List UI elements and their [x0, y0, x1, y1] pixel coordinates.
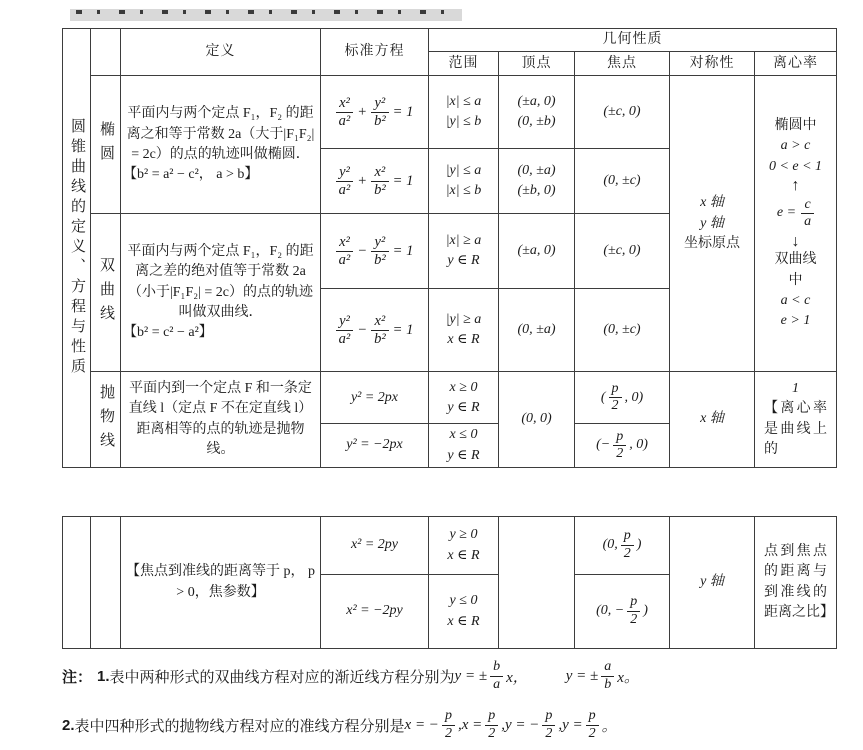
parabola-focus4-cell: (0, − p2 ) — [575, 575, 670, 649]
parabola-continuation-table: 【焦点到准线的距离等于 p， p > 0，焦参数】 x² = 2py y ≥ 0… — [62, 516, 837, 649]
curve-name-hyperbola: 双曲线 — [98, 257, 113, 329]
ellipse-range1-cell: |x| ≤ a |y| ≤ b — [429, 76, 499, 149]
arrow-down-icon: ↓ — [757, 233, 834, 251]
footnote-1-text: 表中两种形式的双曲线方程对应的渐近线方程分别为 — [110, 666, 455, 687]
header-focus: 焦点 — [575, 52, 670, 76]
parabola-eccentricity-note: 【离心率是曲线上的 — [757, 399, 834, 460]
parabola-vertex-cell: (0, 0) — [499, 372, 575, 468]
ellipse-range2-cell: |y| ≤ a |x| ≤ b — [429, 149, 499, 214]
scanned-document-page: 圆锥曲线的定义、方程与性质 定义 标准方程 几何性质 范围 顶点 焦点 对称性 … — [0, 0, 863, 750]
spacer-side-cell — [63, 517, 91, 649]
parabola-eq3-cell: x² = 2py — [321, 517, 429, 575]
ellipse-focus2-cell: (0, ±c) — [575, 149, 670, 214]
hyperbola-definition-text: 平面内与两个定点 F₁，F₂ 的距离之差的绝对值等于常数 2a（小于|F₁F₂|… — [123, 242, 318, 323]
footnote-label: 注： — [62, 666, 92, 687]
asymptote-eq-1: y = ± ba x， — [455, 659, 528, 693]
ellipse-focus1-cell: (±c, 0) — [575, 76, 670, 149]
parabola-range4-cell: y ≤ 0 x ∈ R — [429, 575, 499, 649]
header-eccentricity: 离心率 — [755, 52, 837, 76]
ellipse-definition-cell: 平面内与两个定点 F₁，F₂ 的距离之和等于常数 2a（大于|F₁F₂| = 2… — [121, 76, 321, 214]
eccentricity-formula: e = ca — [777, 197, 814, 231]
parabola-eccentricity-cell: 1 【离心率是曲线上的 — [755, 372, 837, 468]
hyperbola-focus1-cell: (±c, 0) — [575, 214, 670, 289]
ellipse-eq1: x²a² + y²b² = 1 — [336, 95, 414, 130]
parabola-definition-cell: 平面内到一个定点 F 和一条定直线 l（定点 F 不在定直线 l）距离相等的点的… — [121, 372, 321, 468]
curve-name-ellipse-cell: 椭圆 — [91, 76, 121, 214]
ellipse-definition-text: 平面内与两个定点 F₁，F₂ 的距离之和等于常数 2a（大于|F₁F₂| = 2… — [123, 104, 318, 165]
parabola-focus3-cell: (0, p2 ) — [575, 517, 670, 575]
hyperbola-eq2-cell: y²a² − x²b² = 1 — [321, 289, 429, 372]
footnotes: 注： 1. 表中两种形式的双曲线方程对应的渐近线方程分别为 y = ± ba x… — [62, 652, 822, 748]
parabola-focus2-cell: (− p2 , 0) — [575, 424, 670, 468]
hyperbola-eq1-cell: x²a² − y²b² = 1 — [321, 214, 429, 289]
hyperbola-definition-note: 【b² = c² − a²】 — [123, 323, 318, 343]
table-side-label-cell: 圆锥曲线的定义、方程与性质 — [63, 29, 91, 468]
directrix-eq-3: y = − p2 , — [505, 708, 562, 742]
parabola-range3-cell: y ≥ 0 x ∈ R — [429, 517, 499, 575]
ellipse-vertex1-cell: (±a, 0) (0, ±b) — [499, 76, 575, 149]
curve-name-parabola-cell: 抛物线 — [91, 372, 121, 468]
hyperbola-range1-cell: |x| ≥ a y ∈ R — [429, 214, 499, 289]
header-definition: 定义 — [121, 29, 321, 76]
vertex-empty-cell — [499, 517, 575, 649]
curve-name-parabola: 抛物线 — [98, 384, 113, 456]
footnote-2-text: 表中四种形式的抛物线方程对应的准线方程分别是 — [75, 715, 405, 736]
parabola-symmetry-cell: x 轴 — [670, 372, 755, 468]
parabola-focus1: ( p2 , 0) — [601, 381, 643, 415]
footnote-1: 注： 1. 表中两种形式的双曲线方程对应的渐近线方程分别为 y = ± ba x… — [62, 652, 822, 700]
parabola-eccentricity-note2: 点到焦点的距离与到准线的距离之比】 — [757, 542, 834, 623]
footnote-1-number: 1. — [97, 668, 110, 685]
directrix-eq-4: y = p2 。 — [562, 708, 617, 742]
parabola-focus4: (0, − p2 ) — [596, 594, 648, 628]
parabola-eq2-cell: y² = −2px — [321, 424, 429, 468]
parabola-focus2: (− p2 , 0) — [596, 429, 648, 463]
hyperbola-vertex2-cell: (0, ±a) — [499, 289, 575, 372]
focal-parameter-note: 【焦点到准线的距离等于 p， p > 0，焦参数】 — [123, 562, 318, 603]
conic-sections-table: 圆锥曲线的定义、方程与性质 定义 标准方程 几何性质 范围 顶点 焦点 对称性 … — [62, 28, 837, 468]
curve-name-ellipse: 椭圆 — [98, 121, 113, 169]
cropped-title-strip — [70, 9, 462, 21]
ellipse-eq1-cell: x²a² + y²b² = 1 — [321, 76, 429, 149]
hyperbola-range2-cell: |y| ≥ a x ∈ R — [429, 289, 499, 372]
hyperbola-eq2: y²a² − x²b² = 1 — [336, 313, 414, 348]
hyperbola-vertex1-cell: (±a, 0) — [499, 214, 575, 289]
header-vertex: 顶点 — [499, 52, 575, 76]
hyperbola-eq1: x²a² − y²b² = 1 — [336, 234, 414, 269]
parabola-symmetry2-cell: y 轴 — [670, 517, 755, 649]
parabola-eccentricity-note2-cell: 点到焦点的距离与到准线的距离之比】 — [755, 517, 837, 649]
eccentricity-merged-cell: 椭圆中 a > c 0 < e < 1 ↑ e = ca ↓ 双曲线 中 a <… — [755, 76, 837, 372]
parabola-eq1-cell: y² = 2px — [321, 372, 429, 424]
parabola-definition-text: 平面内到一个定点 F 和一条定直线 l（定点 F 不在定直线 l）距离相等的点的… — [123, 379, 318, 460]
parabola-range1-cell: x ≥ 0 y ∈ R — [429, 372, 499, 424]
ellipse-vertex2-cell: (0, ±a) (±b, 0) — [499, 149, 575, 214]
focal-parameter-note-cell: 【焦点到准线的距离等于 p， p > 0，焦参数】 — [121, 517, 321, 649]
curve-name-hyperbola-cell: 双曲线 — [91, 214, 121, 372]
ellipse-eq2: y²a² + x²b² = 1 — [336, 164, 414, 199]
header-range: 范围 — [429, 52, 499, 76]
curve-name-header-spacer — [91, 29, 121, 76]
table-side-label: 圆锥曲线的定义、方程与性质 — [69, 118, 84, 378]
header-standard-equation: 标准方程 — [321, 29, 429, 76]
ellipse-eq2-cell: y²a² + x²b² = 1 — [321, 149, 429, 214]
ellipse-definition-note: 【b² = a² − c²， a > b】 — [123, 165, 318, 185]
arrow-up-icon: ↑ — [757, 177, 834, 195]
asymptote-eq-2: y = ± ab x。 — [566, 659, 639, 693]
parabola-eccentricity-value: 1 — [757, 379, 834, 399]
hyperbola-definition-cell: 平面内与两个定点 F₁，F₂ 的距离之差的绝对值等于常数 2a（小于|F₁F₂|… — [121, 214, 321, 372]
symmetry-merged-cell: x 轴 y 轴 坐标原点 — [670, 76, 755, 372]
parabola-focus3: (0, p2 ) — [603, 528, 642, 562]
footnote-2-number: 2. — [62, 717, 75, 734]
header-geometric-properties: 几何性质 — [429, 29, 837, 52]
directrix-eq-2: x = p2 , — [462, 708, 505, 742]
parabola-range2-cell: x ≤ 0 y ∈ R — [429, 424, 499, 468]
spacer-curve-cell — [91, 517, 121, 649]
directrix-eq-1: x = − p2 , — [405, 708, 462, 742]
parabola-eq4-cell: x² = −2py — [321, 575, 429, 649]
hyperbola-focus2-cell: (0, ±c) — [575, 289, 670, 372]
parabola-focus1-cell: ( p2 , 0) — [575, 372, 670, 424]
footnote-2: 2. 表中四种形式的抛物线方程对应的准线方程分别是 x = − p2 , x =… — [62, 702, 822, 748]
header-symmetry: 对称性 — [670, 52, 755, 76]
